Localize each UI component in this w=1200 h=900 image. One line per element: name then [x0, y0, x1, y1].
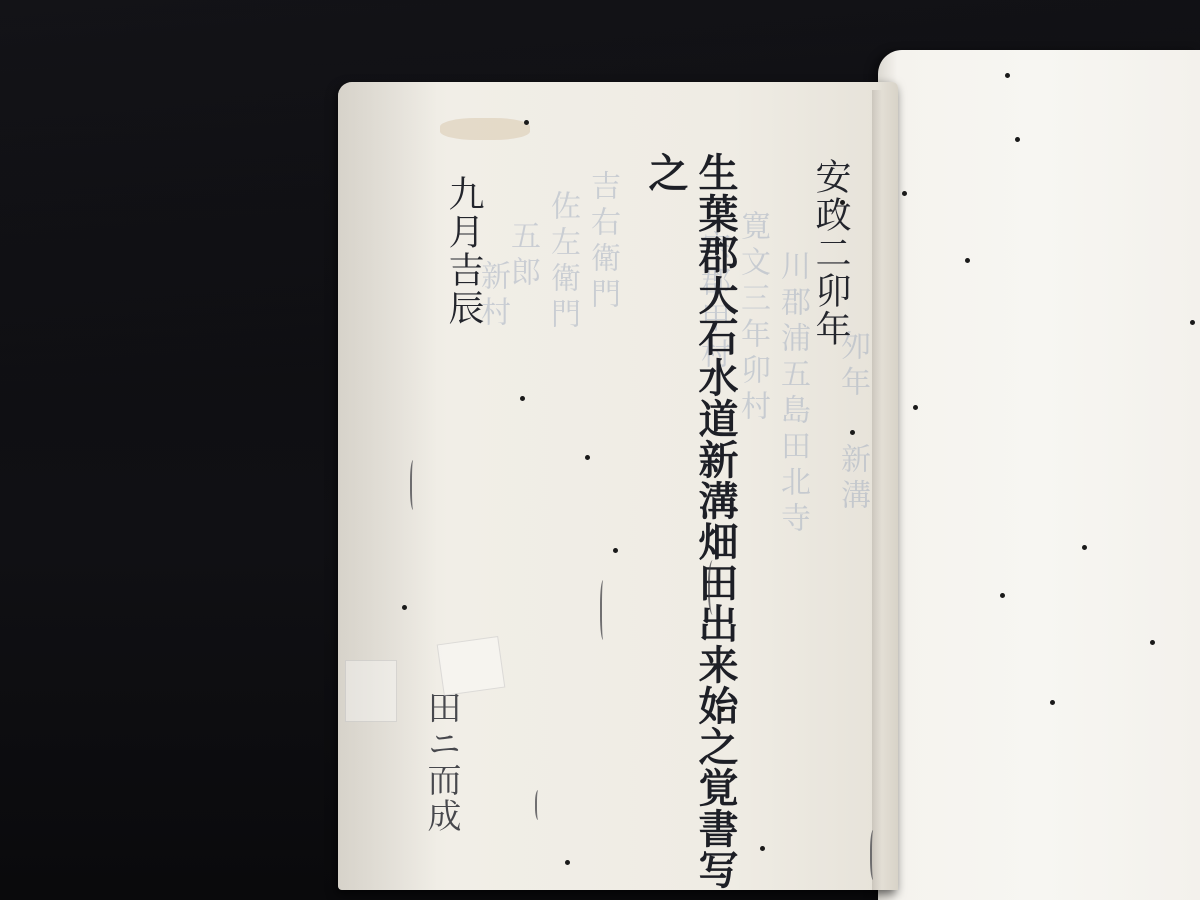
wormhole	[1005, 73, 1010, 78]
signature-column: 田ニ而成	[418, 690, 464, 834]
paper-tear	[600, 580, 608, 640]
bleed-through-text: 吉右衛門	[580, 170, 624, 314]
wormhole	[965, 258, 970, 263]
wormhole	[402, 605, 407, 610]
wormhole	[524, 120, 529, 125]
wormhole	[613, 548, 618, 553]
wormhole	[520, 396, 525, 401]
wormhole	[1050, 700, 1055, 705]
wormhole	[902, 191, 907, 196]
wormhole	[720, 707, 725, 712]
paper-tear	[708, 560, 720, 615]
paper-repair-patch	[345, 660, 397, 722]
document-title-column: 生葉郡大石水道新溝畑田出来始之覚書写之	[640, 152, 740, 900]
bleed-through-text: 佐左衛門	[540, 190, 584, 334]
right-page-blank	[878, 50, 1200, 900]
wormhole	[585, 455, 590, 460]
wormhole	[913, 405, 918, 410]
wormhole	[840, 200, 845, 205]
era-date-column: 安政二卯年	[805, 158, 855, 348]
paper-tear	[410, 460, 418, 510]
paper-repair-patch	[437, 636, 506, 696]
wormhole	[1000, 593, 1005, 598]
wormhole	[1015, 137, 1020, 142]
wormhole	[760, 846, 765, 851]
wormhole	[1082, 545, 1087, 550]
paper-tear	[535, 790, 543, 820]
bleed-through-text: 夘年 新溝	[830, 330, 874, 515]
water-stain	[440, 118, 530, 140]
month-date-column: 九月吉辰	[438, 175, 488, 327]
wormhole	[1190, 320, 1195, 325]
wormhole	[1150, 640, 1155, 645]
paper-tear	[870, 830, 878, 880]
wormhole	[850, 430, 855, 435]
wormhole	[565, 860, 570, 865]
